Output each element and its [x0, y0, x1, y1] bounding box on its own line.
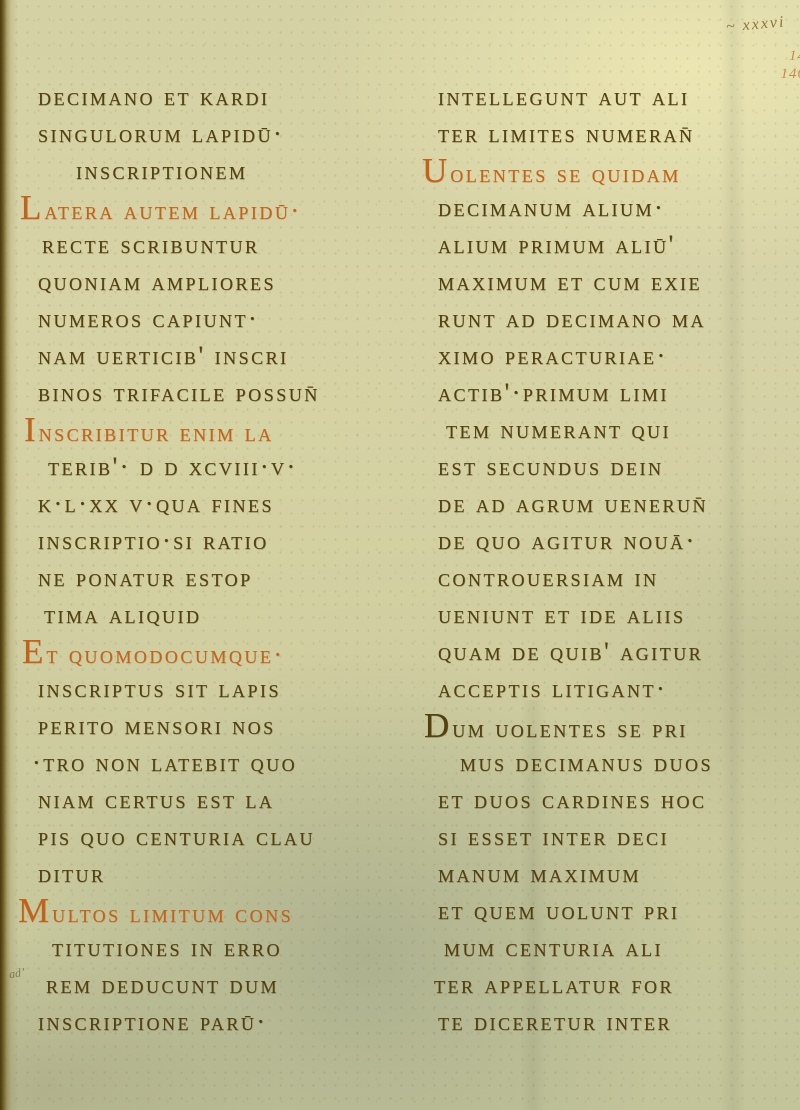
manuscript-text-line: de ad agrum uenerun̄: [438, 485, 794, 522]
manuscript-rubric-line: Inscribitur enim la: [24, 411, 418, 448]
manuscript-text-line: tima aliquid: [44, 596, 418, 633]
manuscript-text-line: si esset inter deci: [438, 818, 794, 855]
manuscript-text-line: quoniam ampliores: [38, 263, 418, 300]
text-column-right: intellegunt aut aliter limites numeran̄U…: [438, 78, 794, 1040]
manuscript-text-line: Dum uolentes se pri: [424, 707, 794, 744]
manuscript-text-line: manum maximum: [438, 855, 794, 892]
manuscript-text-line: et duos cardines hoc: [438, 781, 794, 818]
manuscript-text-line: k·l·xx v·qua fines: [38, 485, 418, 522]
manuscript-page: ~ xxxvi 14 146 adʼ decimano et kardising…: [0, 0, 800, 1110]
quire-mark: ~ xxxvi: [726, 13, 787, 36]
manuscript-text-line: nam uerticib' inscri: [38, 337, 418, 374]
manuscript-text-line: ne ponatur estop: [38, 559, 418, 596]
manuscript-text-line: ter limites numeran̄: [438, 115, 794, 152]
manuscript-text-line: est secundus dein: [438, 448, 794, 485]
manuscript-text-line: titutiones in erro: [52, 929, 418, 966]
folio-number: 14: [789, 48, 800, 65]
manuscript-text-line: inscriptione parū·: [38, 1003, 418, 1040]
manuscript-text-line: ueniunt et ide aliis: [438, 596, 794, 633]
manuscript-text-line: actib'·primum limi: [438, 374, 794, 411]
manuscript-text-line: te diceretur inter: [438, 1003, 794, 1040]
manuscript-rubric-line: Uolentes se quidam: [422, 152, 794, 189]
manuscript-text-line: rem deducunt dum: [46, 966, 418, 1003]
manuscript-text-line: mum centuria ali: [444, 929, 794, 966]
manuscript-text-line: de quo agitur nouā·: [438, 522, 794, 559]
manuscript-text-line: pis quo centuria clau: [38, 818, 418, 855]
manuscript-text-line: ·tro non latebit quo: [32, 744, 418, 781]
manuscript-text-line: terib'· d d xcviii·v·: [48, 448, 418, 485]
manuscript-text-line: perito mensori nos: [38, 707, 418, 744]
manuscript-text-line: ter appellatur for: [434, 966, 794, 1003]
manuscript-text-line: ximo peracturiae·: [438, 337, 794, 374]
margin-note: adʼ: [8, 965, 26, 982]
manuscript-text-line: runt ad decimano ma: [438, 300, 794, 337]
manuscript-rubric-line: Multos limitum cons: [18, 892, 418, 929]
manuscript-text-line: quam de quib' agitur: [438, 633, 794, 670]
manuscript-text-line: controuersiam in: [438, 559, 794, 596]
manuscript-text-line: tem numerant qui: [446, 411, 794, 448]
manuscript-text-line: inscriptus sit lapis: [38, 670, 418, 707]
manuscript-text-line: decimanum alium·: [438, 189, 794, 226]
manuscript-text-line: alium primum aliū': [438, 226, 794, 263]
manuscript-text-line: acceptis litigant·: [438, 670, 794, 707]
manuscript-text-line: maximum et cum exie: [438, 263, 794, 300]
manuscript-text-line: recte scribuntur: [42, 226, 418, 263]
manuscript-text-line: mus decimanus duos: [460, 744, 794, 781]
manuscript-text-line: et quem uolunt pri: [438, 892, 794, 929]
manuscript-text-line: numeros capiunt·: [38, 300, 418, 337]
manuscript-text-line: inscriptionem: [76, 152, 418, 189]
text-column-left: decimano et kardisingulorum lapidū·inscr…: [38, 78, 418, 1040]
manuscript-text-line: intellegunt aut ali: [438, 78, 794, 115]
manuscript-text-line: ditur: [38, 855, 418, 892]
manuscript-rubric-line: Et quomodocumque·: [22, 633, 418, 670]
manuscript-rubric-line: Latera autem lapidū·: [20, 189, 418, 226]
manuscript-text-line: inscriptio·si ratio: [38, 522, 418, 559]
manuscript-text-line: singulorum lapidū·: [38, 115, 418, 152]
manuscript-text-line: decimano et kardi: [38, 78, 418, 115]
manuscript-text-line: niam certus est la: [38, 781, 418, 818]
page-binding-edge: [0, 0, 18, 1110]
manuscript-text-line: binos trifacile possun̄: [38, 374, 418, 411]
